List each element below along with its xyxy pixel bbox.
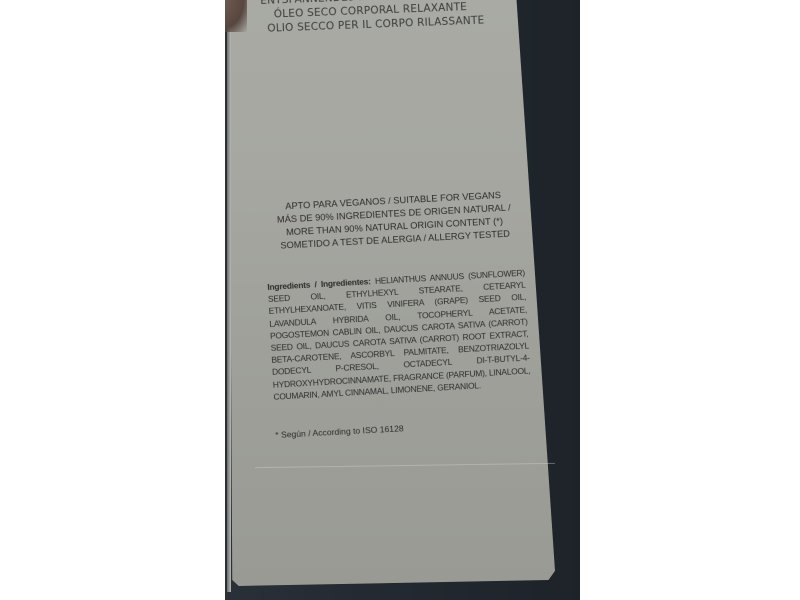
product-box-photo: ENTSPANNENDES ... ÓLEO SECO CORPORAL REL… (225, 0, 580, 600)
box-side-edge (227, 0, 231, 592)
ingredients-list: Ingredients / Ingredientes: HELIANTHUS A… (267, 267, 531, 403)
finger-tip (225, 0, 247, 32)
